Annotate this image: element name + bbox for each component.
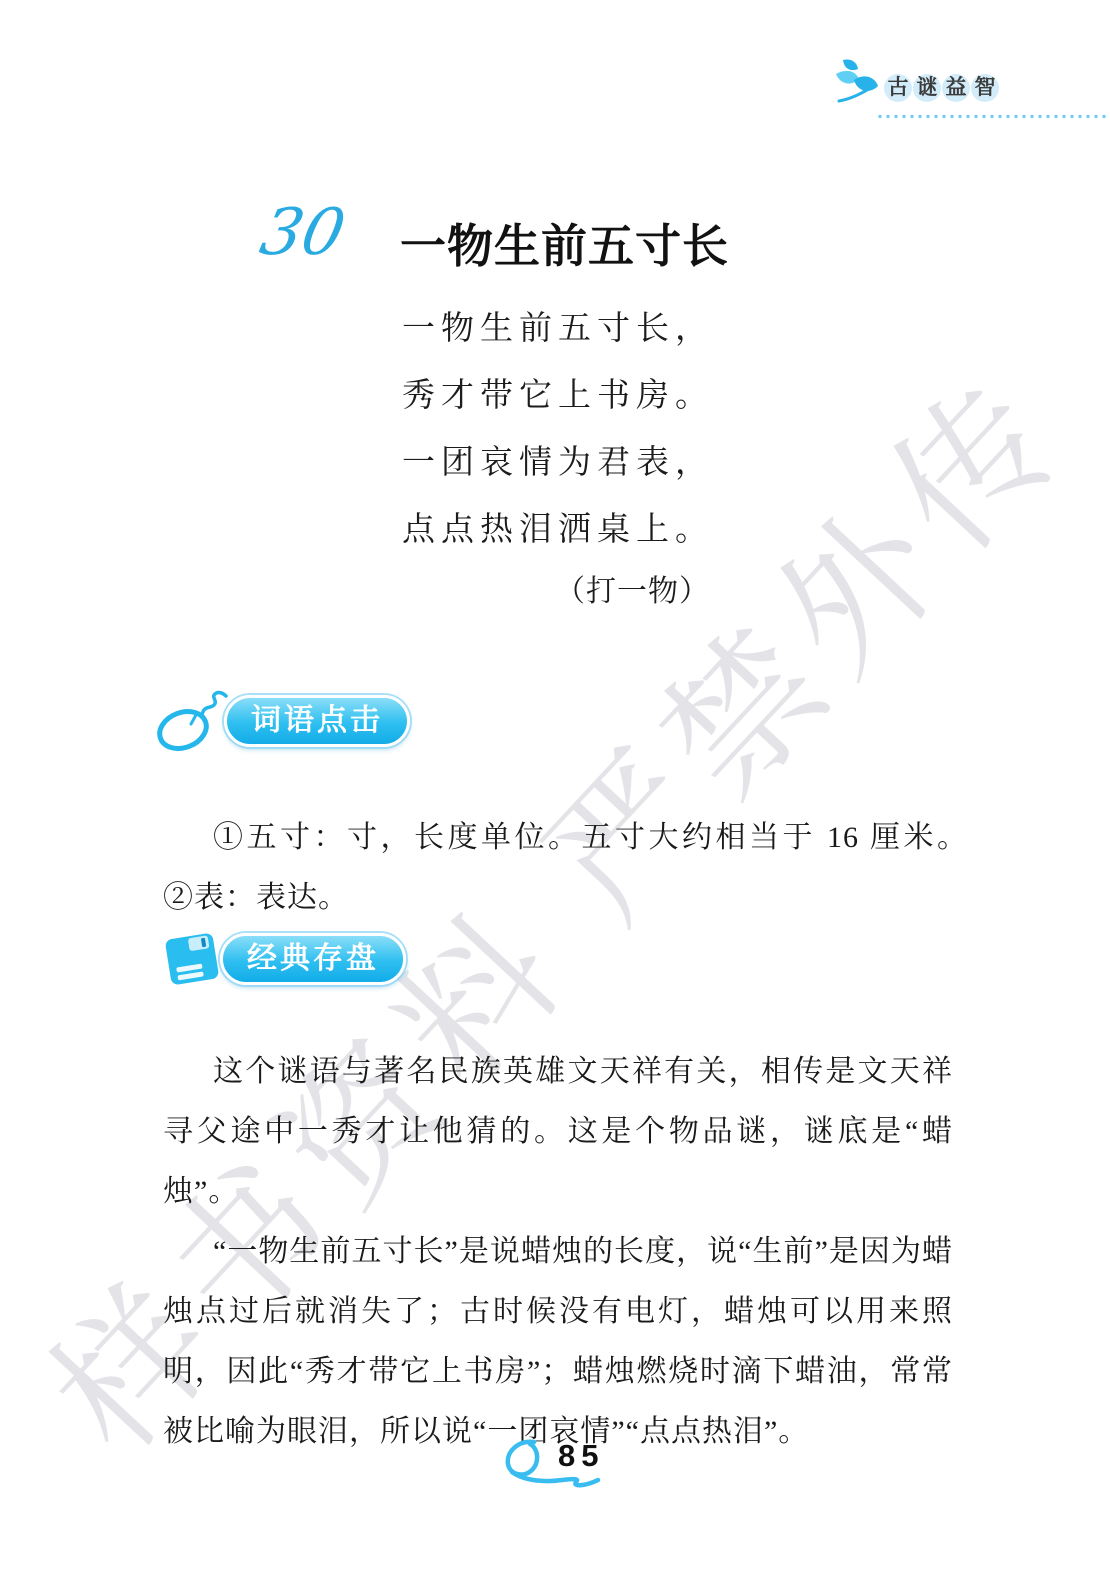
dotted-divider [876, 114, 1110, 119]
leaf-icon [834, 58, 880, 108]
poem-line: 秀才带它上书房。 [402, 363, 710, 430]
badge-label: 词语点击 [224, 695, 410, 747]
poem-line: 一团哀情为君表， [402, 430, 710, 497]
riddle-number: 30 [254, 196, 351, 270]
classic-paragraph-1: 这个谜语与著名民族英雄文天祥有关，相传是文天祥寻父途中一秀才让他猜的。这是个物品… [163, 1042, 953, 1222]
poem-hint: （打一物） [402, 564, 710, 620]
riddle-poem: 一物生前五寸长， 秀才带它上书房。 一团哀情为君表， 点点热泪洒桌上。 （打一物… [402, 296, 710, 620]
words-paragraph: ①五寸：寸，长度单位。五寸大约相当于 16 厘米。 ②表：表达。 [163, 808, 953, 928]
book-page: 样书资料 严禁外传 古 谜 益 智 30 一物生前五寸长 一物生前五寸长， 秀才 [0, 0, 1110, 1571]
brand-char: 古 [884, 74, 912, 102]
brand-char: 益 [942, 74, 970, 102]
page-footer: 85 [500, 1432, 700, 1492]
page-title: 一物生前五寸长 [400, 210, 729, 276]
mouse-icon [156, 688, 228, 754]
page-number: 85 [558, 1438, 604, 1474]
section-words-badge: 词语点击 [156, 688, 410, 754]
poem-line: 点点热泪洒桌上。 [402, 497, 710, 564]
floppy-disk-icon [160, 928, 224, 990]
badge-label: 经典存盘 [220, 933, 406, 985]
page-header: 古 谜 益 智 [834, 58, 1110, 124]
classic-paragraph-2: “一物生前五寸长”是说蜡烛的长度，说“生前”是因为蜡烛点过后就消失了；古时候没有… [163, 1222, 953, 1462]
brand-title: 古 谜 益 智 [884, 74, 999, 102]
poem-line: 一物生前五寸长， [402, 296, 710, 363]
section-classic-badge: 经典存盘 [160, 928, 406, 990]
brand-char: 智 [971, 74, 999, 102]
brand-char: 谜 [913, 74, 941, 102]
